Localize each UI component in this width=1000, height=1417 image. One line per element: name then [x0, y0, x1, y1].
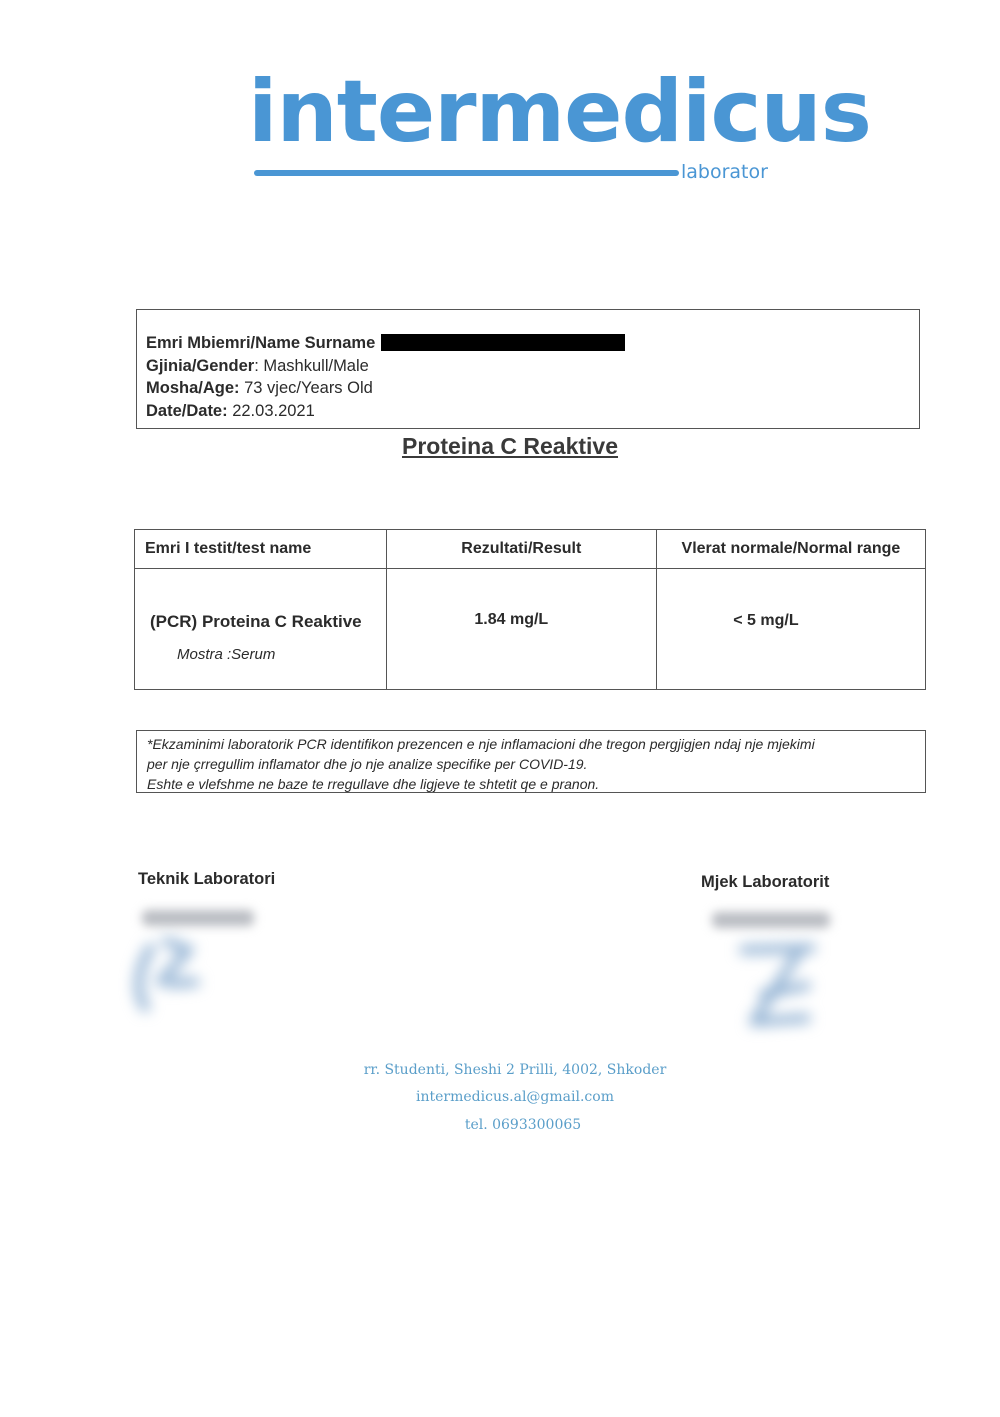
patient-name-row: Emri Mbiemri/Name Surname: [146, 332, 625, 355]
name-label: Emri Mbiemri/Name Surname: [146, 334, 375, 352]
lab-doctor-name-blurred: [712, 912, 830, 928]
date-row: Date/Date: 22.03.2021: [146, 400, 625, 423]
redacted-name: [381, 334, 625, 351]
note-line: *Ekzaminimi laboratorik PCR identifikon …: [147, 734, 915, 754]
gender-row: Gjinia/Gender: Mashkull/Male: [146, 355, 625, 378]
sample-type: Mostra :Serum: [177, 646, 386, 663]
normal-range-value: < 5 mg/L: [607, 612, 925, 630]
results-table: Emri I testit/test name Rezultati/Result…: [134, 529, 926, 690]
cell-test: (PCR) Proteina C Reaktive Mostra :Serum: [135, 569, 387, 690]
note-line: Eshte e vlefshme ne baze te rregullave d…: [147, 774, 915, 794]
table-row: (PCR) Proteina C Reaktive Mostra :Serum …: [135, 569, 926, 690]
age-label: Mosha/Age:: [146, 379, 240, 397]
patient-info: Emri Mbiemri/Name Surname Gjinia/Gender:…: [146, 332, 625, 422]
header-normal-range: Vlerat normale/Normal range: [656, 530, 925, 569]
footer-email[interactable]: intermedicus.al@gmail.com: [300, 1089, 730, 1105]
document-title: Proteina C Reaktive: [380, 433, 640, 460]
lab-technician-name-blurred: [142, 910, 254, 926]
gender-label: Gjinia/Gender: [146, 357, 254, 375]
date-value: 22.03.2021: [232, 402, 315, 420]
gender-value: Mashkull/Male: [263, 357, 368, 375]
lab-doctor-label: Mjek Laboratorit: [701, 873, 829, 892]
test-name: (PCR) Proteina C Reaktive: [150, 612, 386, 632]
date-label: Date/Date:: [146, 402, 228, 420]
header-result: Rezultati/Result: [386, 530, 656, 569]
lab-logo: intermedicus: [248, 62, 768, 162]
logo-subtitle: laborator: [681, 160, 768, 184]
logo-underline: [254, 170, 679, 176]
lab-technician-signature: [128, 925, 218, 1025]
age-value: 73 vjec/Years Old: [244, 379, 373, 397]
lab-technician-label: Teknik Laboratori: [138, 870, 275, 889]
table-header-row: Emri I testit/test name Rezultati/Result…: [135, 530, 926, 569]
age-row: Mosha/Age: 73 vjec/Years Old: [146, 377, 625, 400]
cell-range: < 5 mg/L: [656, 569, 925, 690]
lab-doctor-signature: [720, 930, 830, 1040]
footer-address: rr. Studenti, Sheshi 2 Prilli, 4002, Shk…: [300, 1062, 730, 1078]
header-test-name: Emri I testit/test name: [135, 530, 387, 569]
disclaimer-note: *Ekzaminimi laboratorik PCR identifikon …: [136, 730, 926, 793]
footer-phone: tel. 0693300065: [308, 1117, 738, 1133]
note-line: per nje çrregullim inflamator dhe jo nje…: [147, 754, 915, 774]
